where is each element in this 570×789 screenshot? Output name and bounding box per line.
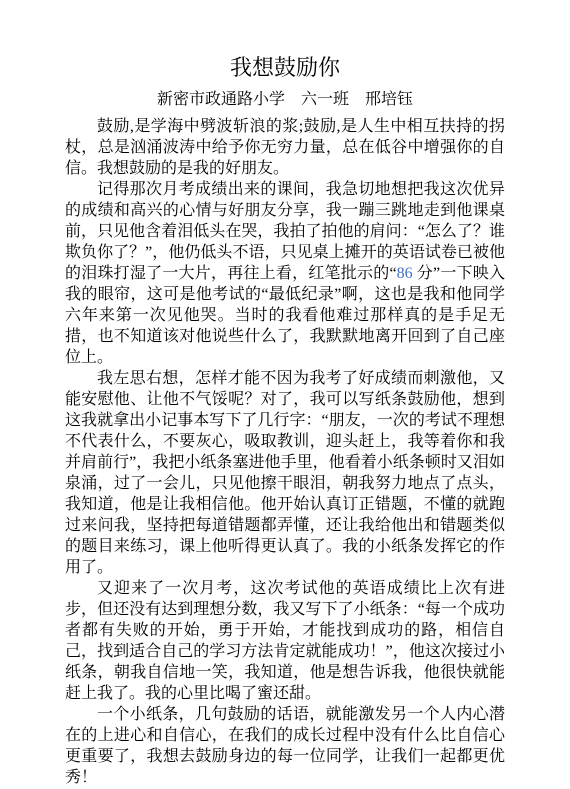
- essay-title: 我想鼓励你: [65, 52, 505, 84]
- paragraph-first-note: 我左思右想，怎样才能不因为我考了好成绩而刺激他，又能安慰他、让他不气馁呢？对了，…: [65, 368, 505, 578]
- paragraph-monthly-exam: 记得那次月考成绩出来的课间，我急切地想把我这次优异的成绩和高兴的心情与好朋友分享…: [65, 179, 505, 368]
- document-page: 我想鼓励你 新密市政通路小学 六一班 邢培钰 鼓励,是学海中劈波斩浪的浆;鼓励,…: [0, 0, 570, 789]
- paragraph-second-note: 又迎来了一次月考，这次考试他的英语成绩比上次有进步，但还没有达到理想分数，我又写…: [65, 578, 505, 704]
- essay-byline: 新密市政通路小学 六一班 邢培钰: [65, 88, 505, 111]
- paragraph-conclusion: 一个小纸条，几句鼓励的话语，就能激发另一个人内心潜在的上进心和自信心，在我们的成…: [65, 704, 505, 788]
- exam-score-value: 86: [397, 265, 413, 282]
- essay-body: 鼓励,是学海中劈波斩浪的浆;鼓励,是人生中相互扶持的拐杖，总是汹涌波涛中给予你无…: [65, 116, 505, 788]
- paragraph-intro: 鼓励,是学海中劈波斩浪的浆;鼓励,是人生中相互扶持的拐杖，总是汹涌波涛中给予你无…: [65, 116, 505, 179]
